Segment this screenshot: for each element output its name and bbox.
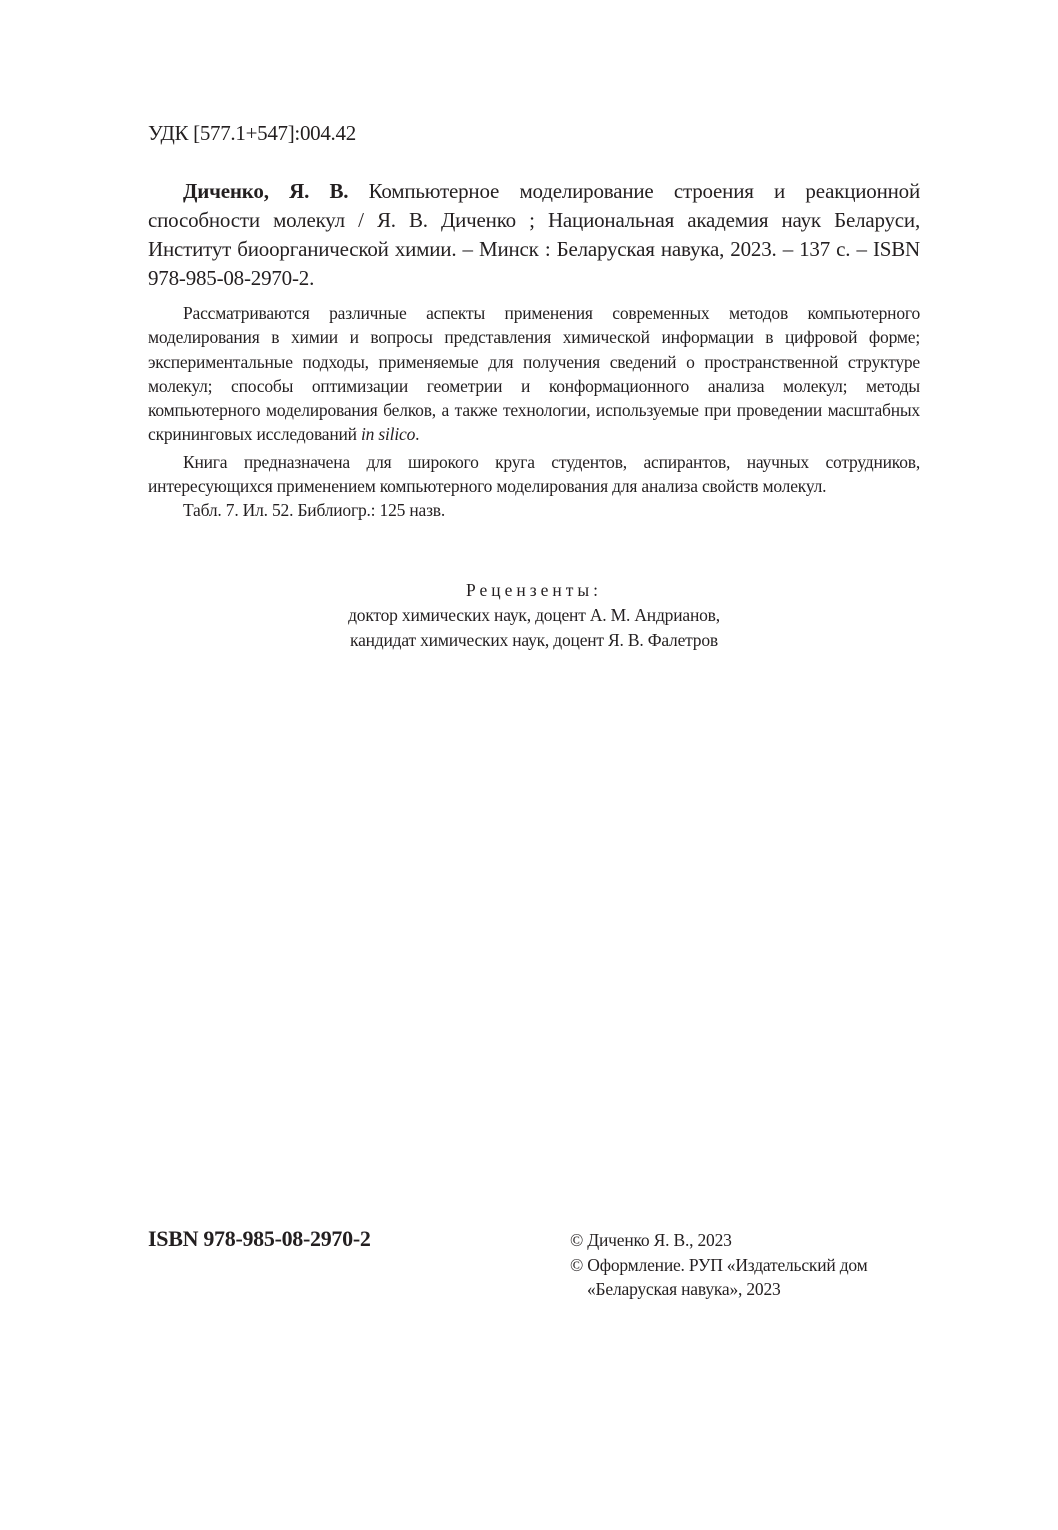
copyright-line: © Диченко Я. В., 2023 xyxy=(570,1228,868,1253)
abstract-end: . xyxy=(415,424,419,444)
reviewer-item: кандидат химических наук, доцент Я. В. Ф… xyxy=(148,628,920,653)
isbn: ISBN 978-985-08-2970-2 xyxy=(148,1226,371,1252)
abstract-italic-term: in silico xyxy=(361,424,415,444)
copyright-block: © Диченко Я. В., 2023 © Оформление. РУП … xyxy=(570,1228,868,1302)
abstract-paragraph-3: Табл. 7. Ил. 52. Библиогр.: 125 назв. xyxy=(148,498,920,522)
udk-code: УДК [577.1+547]:004.42 xyxy=(148,121,356,146)
abstract-paragraph-2: Книга предназначена для широкого круга с… xyxy=(148,450,920,499)
abstract-text: Рассматриваются различные аспекты примен… xyxy=(148,303,920,444)
reviewers-heading: Рецензенты: xyxy=(148,578,920,603)
bibliographic-record: Диченко, Я. В. Компьютерное моделировани… xyxy=(148,177,920,293)
copyright-line: © Оформление. РУП «Издательский дом xyxy=(570,1253,868,1278)
abstract-paragraph-1: Рассматриваются различные аспекты примен… xyxy=(148,301,920,447)
reviewer-item: доктор химических наук, доцент А. М. Анд… xyxy=(148,603,920,628)
author-name: Диченко, Я. В. xyxy=(183,179,348,203)
abstract: Рассматриваются различные аспекты примен… xyxy=(148,301,920,523)
reviewers-block: Рецензенты: доктор химических наук, доце… xyxy=(148,578,920,653)
copyright-line: «Беларуская навука», 2023 xyxy=(570,1277,868,1302)
